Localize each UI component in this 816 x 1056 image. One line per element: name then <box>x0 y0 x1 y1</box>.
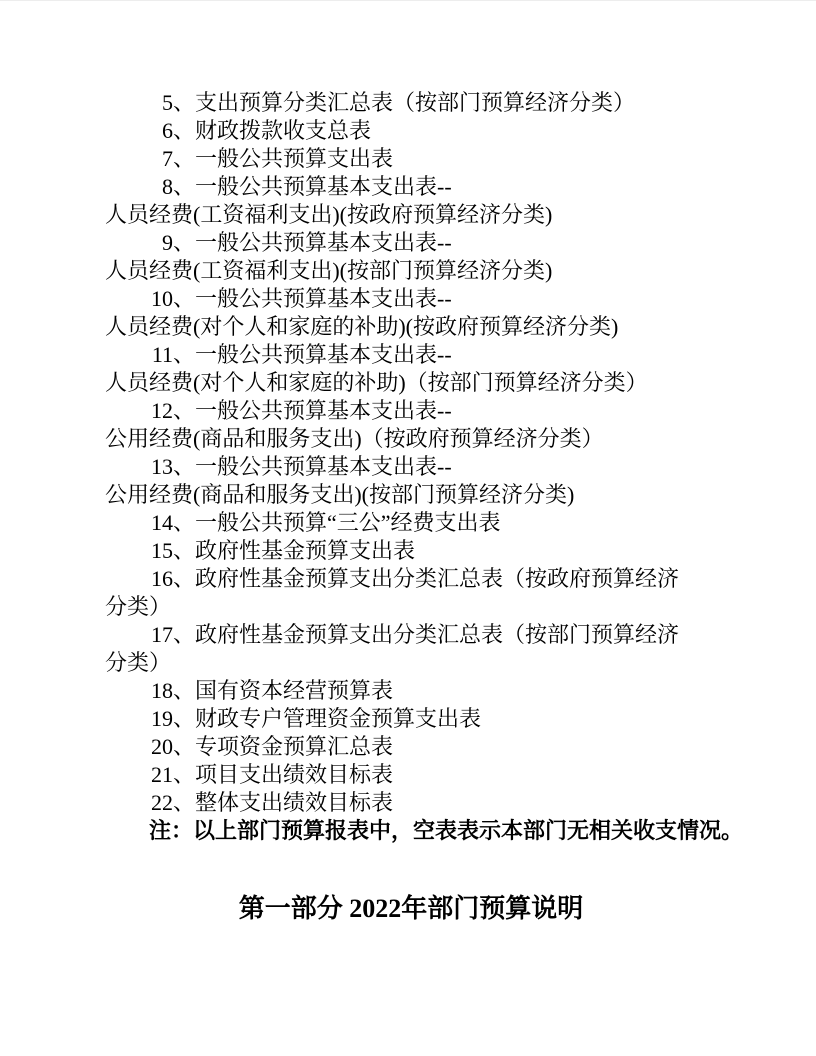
toc-line-text: 专项资金预算汇总表 <box>195 734 393 759</box>
toc-line-text: 一般公共预算基本支出表-- <box>195 286 452 311</box>
toc-line-text: 国有资本经营预算表 <box>195 678 393 703</box>
toc-line-text: 支出预算分类汇总表（按部门预算经济分类） <box>195 90 635 115</box>
toc-line-number: 15 <box>149 537 173 565</box>
toc-line-number: 10 <box>149 285 173 313</box>
toc-line-text: 政府性基金预算支出分类汇总表（按部门预算经济 <box>195 622 679 647</box>
toc-line-number: 12 <box>149 397 173 425</box>
toc-line-number: 6 <box>149 117 173 145</box>
toc-line-separator: 、 <box>173 286 195 311</box>
toc-line: 人员经费(工资福利支出)(按部门预算经济分类) <box>105 257 717 285</box>
toc-line-separator: 、 <box>173 90 195 115</box>
toc-line-text: 人员经费(工资福利支出)(按部门预算经济分类) <box>105 258 552 283</box>
toc-line-text: 项目支出绩效目标表 <box>195 762 393 787</box>
toc-line-text: 一般公共预算“三公”经费支出表 <box>195 510 501 535</box>
toc-line: 13、一般公共预算基本支出表-- <box>105 453 717 481</box>
toc-line: 12、一般公共预算基本支出表-- <box>105 397 717 425</box>
toc-line-text: 人员经费(对个人和家庭的补助)（按部门预算经济分类） <box>105 370 648 395</box>
toc-line: 16、政府性基金预算支出分类汇总表（按政府预算经济 <box>105 565 717 593</box>
toc-line-text: 一般公共预算支出表 <box>195 146 393 171</box>
toc-line-separator: 、 <box>173 510 195 535</box>
toc-line-number: 7 <box>149 145 173 173</box>
toc-line-number: 13 <box>149 453 173 481</box>
toc-line: 人员经费(对个人和家庭的补助)（按部门预算经济分类） <box>105 369 717 397</box>
toc-line: 分类） <box>105 649 717 677</box>
section-title: 第一部分 2022年部门预算说明 <box>105 889 717 929</box>
toc-line-separator: 、 <box>173 174 195 199</box>
toc-line-text: 一般公共预算基本支出表-- <box>195 230 452 255</box>
toc-line-number: 18 <box>149 677 173 705</box>
toc-line-separator: 、 <box>173 398 195 423</box>
toc-line-number: 19 <box>149 705 173 733</box>
toc-line-number: 11 <box>149 341 173 369</box>
toc-lines: 5、支出预算分类汇总表（按部门预算经济分类）6、财政拨款收支总表7、一般公共预算… <box>105 89 717 817</box>
toc-line-number: 8 <box>149 173 173 201</box>
toc-line-text: 分类） <box>105 650 171 675</box>
toc-line-separator: 、 <box>173 790 195 815</box>
toc-line-separator: 、 <box>173 706 195 731</box>
toc-line: 14、一般公共预算“三公”经费支出表 <box>105 509 717 537</box>
toc-line-number: 14 <box>149 509 173 537</box>
toc-line-text: 人员经费(工资福利支出)(按政府预算经济分类) <box>105 202 552 227</box>
toc-line-number: 5 <box>149 89 173 117</box>
toc-line: 22、整体支出绩效目标表 <box>105 789 717 817</box>
toc-line-number: 22 <box>149 789 173 817</box>
toc-line: 7、一般公共预算支出表 <box>105 145 717 173</box>
toc-line: 21、项目支出绩效目标表 <box>105 761 717 789</box>
toc-line-text: 政府性基金预算支出分类汇总表（按政府预算经济 <box>195 566 679 591</box>
toc-line-separator: 、 <box>173 734 195 759</box>
toc-line: 公用经费(商品和服务支出)（按政府预算经济分类） <box>105 425 717 453</box>
toc-line-separator: 、 <box>173 538 195 563</box>
document-page: 5、支出预算分类汇总表（按部门预算经济分类）6、财政拨款收支总表7、一般公共预算… <box>0 0 816 1056</box>
toc-line-separator: 、 <box>173 342 195 367</box>
toc-line: 17、政府性基金预算支出分类汇总表（按部门预算经济 <box>105 621 717 649</box>
toc-line-separator: 、 <box>173 454 195 479</box>
toc-line: 15、政府性基金预算支出表 <box>105 537 717 565</box>
toc-line-number: 9 <box>149 229 173 257</box>
toc-line: 11、一般公共预算基本支出表-- <box>105 341 717 369</box>
toc-line: 19、财政专户管理资金预算支出表 <box>105 705 717 733</box>
toc-line-separator: 、 <box>173 622 195 647</box>
toc-line: 20、专项资金预算汇总表 <box>105 733 717 761</box>
toc-line-number: 20 <box>149 733 173 761</box>
toc-line-separator: 、 <box>173 146 195 171</box>
toc-line-text: 公用经费(商品和服务支出)（按政府预算经济分类） <box>105 426 604 451</box>
toc-line: 分类） <box>105 593 717 621</box>
document-content: 5、支出预算分类汇总表（按部门预算经济分类）6、财政拨款收支总表7、一般公共预算… <box>105 89 717 929</box>
toc-line-text: 人员经费(对个人和家庭的补助)(按政府预算经济分类) <box>105 314 618 339</box>
toc-line: 6、财政拨款收支总表 <box>105 117 717 145</box>
toc-line: 人员经费(工资福利支出)(按政府预算经济分类) <box>105 201 717 229</box>
toc-line-text: 一般公共预算基本支出表-- <box>195 342 452 367</box>
toc-line: 人员经费(对个人和家庭的补助)(按政府预算经济分类) <box>105 313 717 341</box>
toc-line: 10、一般公共预算基本支出表-- <box>105 285 717 313</box>
toc-line: 9、一般公共预算基本支出表-- <box>105 229 717 257</box>
toc-line: 5、支出预算分类汇总表（按部门预算经济分类） <box>105 89 717 117</box>
toc-line-separator: 、 <box>173 762 195 787</box>
toc-line-text: 一般公共预算基本支出表-- <box>195 398 452 423</box>
toc-line-text: 分类） <box>105 594 171 619</box>
toc-line: 公用经费(商品和服务支出)(按部门预算经济分类) <box>105 481 717 509</box>
toc-line-separator: 、 <box>173 566 195 591</box>
toc-line: 8、一般公共预算基本支出表-- <box>105 173 717 201</box>
toc-line-text: 一般公共预算基本支出表-- <box>195 454 452 479</box>
note-line: 注：以上部门预算报表中，空表表示本部门无相关收支情况。 <box>105 817 717 845</box>
toc-line-number: 16 <box>149 565 173 593</box>
toc-line-number: 17 <box>149 621 173 649</box>
toc-line-text: 整体支出绩效目标表 <box>195 790 393 815</box>
toc-line-text: 财政拨款收支总表 <box>195 118 371 143</box>
toc-line-text: 政府性基金预算支出表 <box>195 538 415 563</box>
toc-line: 18、国有资本经营预算表 <box>105 677 717 705</box>
toc-line-number: 21 <box>149 761 173 789</box>
toc-line-separator: 、 <box>173 230 195 255</box>
toc-line-text: 一般公共预算基本支出表-- <box>195 174 452 199</box>
toc-line-text: 公用经费(商品和服务支出)(按部门预算经济分类) <box>105 482 574 507</box>
toc-line-separator: 、 <box>173 678 195 703</box>
toc-line-text: 财政专户管理资金预算支出表 <box>195 706 481 731</box>
toc-line-separator: 、 <box>173 118 195 143</box>
